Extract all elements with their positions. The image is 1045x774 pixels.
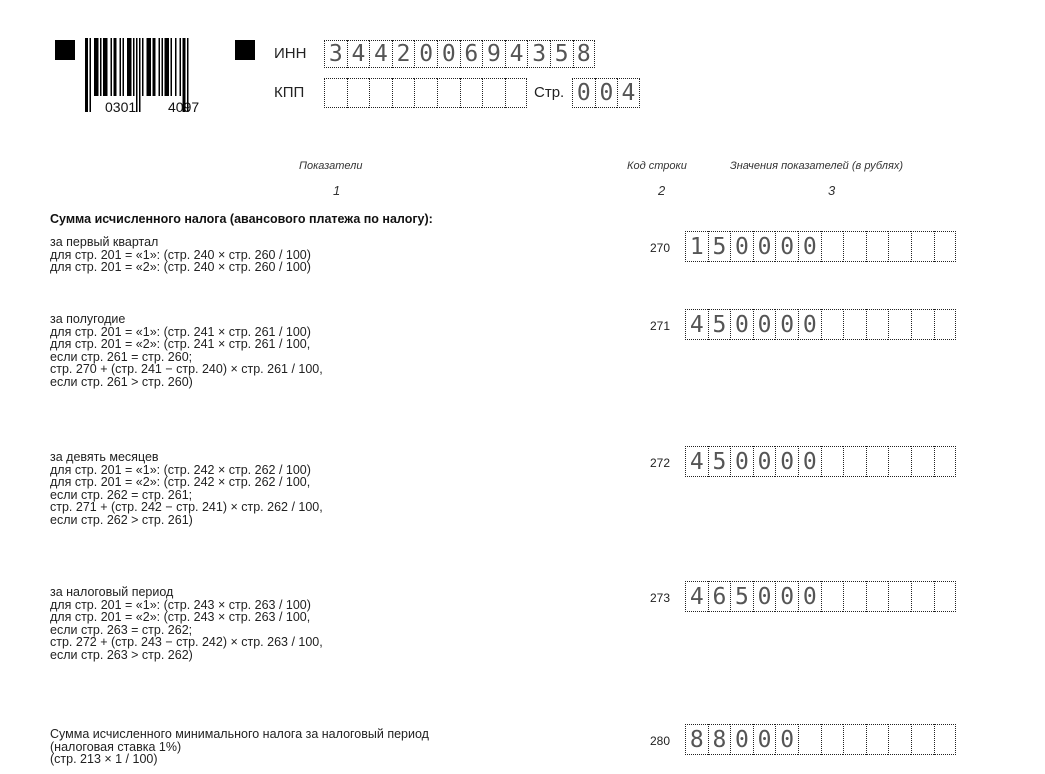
page-cell[interactable]: 0 bbox=[572, 78, 595, 108]
column-number-2: 2 bbox=[658, 183, 665, 198]
value-cell[interactable]: 0 bbox=[730, 231, 753, 262]
value-cell[interactable]: 5 bbox=[708, 446, 731, 477]
inn-cell[interactable]: 8 bbox=[573, 40, 596, 68]
kpp-cell[interactable] bbox=[369, 78, 392, 108]
value-cell[interactable] bbox=[888, 231, 911, 262]
kpp-cell[interactable] bbox=[414, 78, 437, 108]
column-number-1: 1 bbox=[333, 183, 340, 198]
kpp-cell[interactable] bbox=[324, 78, 347, 108]
value-field-270[interactable]: 150000 bbox=[685, 231, 956, 262]
value-cell[interactable]: 0 bbox=[775, 231, 798, 262]
kpp-field[interactable] bbox=[324, 78, 527, 108]
value-cell[interactable] bbox=[798, 724, 821, 755]
value-cell[interactable] bbox=[911, 446, 934, 477]
value-cell[interactable]: 1 bbox=[685, 231, 708, 262]
value-cell[interactable]: 0 bbox=[798, 446, 821, 477]
value-cell[interactable]: 6 bbox=[708, 581, 731, 612]
inn-cell[interactable]: 4 bbox=[505, 40, 528, 68]
value-cell[interactable]: 4 bbox=[685, 309, 708, 340]
value-cell[interactable] bbox=[843, 581, 866, 612]
inn-cell[interactable]: 4 bbox=[347, 40, 370, 68]
column-header-values: Значения показателей (в рублях) bbox=[730, 160, 903, 172]
value-cell[interactable] bbox=[821, 309, 844, 340]
value-field-273[interactable]: 465000 bbox=[685, 581, 956, 612]
barcode-left-number: 0301 bbox=[105, 99, 136, 115]
inn-cell[interactable]: 2 bbox=[392, 40, 415, 68]
kpp-cell[interactable] bbox=[392, 78, 415, 108]
value-cell[interactable] bbox=[843, 446, 866, 477]
inn-label: ИНН bbox=[274, 45, 306, 62]
value-cell[interactable] bbox=[866, 309, 889, 340]
page-number-field[interactable]: 004 bbox=[572, 78, 640, 108]
section-title: Сумма исчисленного налога (авансового пл… bbox=[50, 212, 433, 226]
kpp-cell[interactable] bbox=[347, 78, 370, 108]
line-code: 280 bbox=[650, 734, 670, 748]
value-cell[interactable] bbox=[911, 231, 934, 262]
value-cell[interactable]: 0 bbox=[775, 446, 798, 477]
value-cell[interactable]: 5 bbox=[708, 309, 731, 340]
value-cell[interactable]: 4 bbox=[685, 446, 708, 477]
page-cell[interactable]: 0 bbox=[595, 78, 618, 108]
inn-cell[interactable]: 0 bbox=[414, 40, 437, 68]
value-field-272[interactable]: 450000 bbox=[685, 446, 956, 477]
value-cell[interactable]: 8 bbox=[685, 724, 708, 755]
inn-cell[interactable]: 5 bbox=[550, 40, 573, 68]
value-cell[interactable] bbox=[843, 231, 866, 262]
value-cell[interactable] bbox=[888, 581, 911, 612]
value-cell[interactable] bbox=[843, 724, 866, 755]
indicator-description: за полугодие для стр. 201 = «1»: (стр. 2… bbox=[50, 313, 323, 389]
value-cell[interactable] bbox=[866, 581, 889, 612]
value-cell[interactable]: 0 bbox=[798, 231, 821, 262]
value-cell[interactable]: 0 bbox=[775, 581, 798, 612]
indicator-description: Сумма исчисленного минимального налога з… bbox=[50, 728, 429, 766]
value-cell[interactable] bbox=[934, 309, 957, 340]
value-cell[interactable] bbox=[934, 724, 957, 755]
inn-cell[interactable]: 9 bbox=[482, 40, 505, 68]
registration-marker-right bbox=[235, 40, 255, 60]
inn-cell[interactable]: 4 bbox=[369, 40, 392, 68]
registration-marker-left bbox=[55, 40, 75, 60]
value-cell[interactable]: 5 bbox=[708, 231, 731, 262]
value-cell[interactable]: 0 bbox=[753, 446, 776, 477]
line-code: 273 bbox=[650, 591, 670, 605]
kpp-cell[interactable] bbox=[460, 78, 483, 108]
line-code: 270 bbox=[650, 241, 670, 255]
value-field-271[interactable]: 450000 bbox=[685, 309, 956, 340]
value-cell[interactable] bbox=[888, 309, 911, 340]
line-code: 271 bbox=[650, 319, 670, 333]
value-cell[interactable]: 4 bbox=[685, 581, 708, 612]
value-cell[interactable]: 5 bbox=[730, 581, 753, 612]
value-cell[interactable]: 0 bbox=[798, 581, 821, 612]
value-cell[interactable] bbox=[934, 581, 957, 612]
value-cell[interactable] bbox=[888, 724, 911, 755]
value-cell[interactable] bbox=[821, 724, 844, 755]
value-cell[interactable]: 0 bbox=[753, 309, 776, 340]
indicator-description: за девять месяцев для стр. 201 = «1»: (с… bbox=[50, 451, 323, 527]
value-cell[interactable] bbox=[934, 446, 957, 477]
value-cell[interactable]: 0 bbox=[730, 446, 753, 477]
value-cell[interactable] bbox=[866, 724, 889, 755]
value-cell[interactable] bbox=[821, 231, 844, 262]
value-cell[interactable] bbox=[843, 309, 866, 340]
value-cell[interactable] bbox=[866, 231, 889, 262]
value-cell[interactable] bbox=[888, 446, 911, 477]
value-cell[interactable] bbox=[911, 309, 934, 340]
inn-cell[interactable]: 3 bbox=[527, 40, 550, 68]
column-header-line-code: Код строки bbox=[627, 160, 687, 172]
inn-cell[interactable]: 6 bbox=[460, 40, 483, 68]
value-cell[interactable]: 0 bbox=[753, 581, 776, 612]
value-cell[interactable] bbox=[934, 231, 957, 262]
column-number-3: 3 bbox=[828, 183, 835, 198]
kpp-label: КПП bbox=[274, 84, 304, 101]
value-field-280[interactable]: 88000 bbox=[685, 724, 956, 755]
inn-field[interactable]: 344200694358 bbox=[324, 40, 595, 68]
line-code: 272 bbox=[650, 456, 670, 470]
value-cell[interactable]: 0 bbox=[753, 231, 776, 262]
inn-cell[interactable]: 0 bbox=[437, 40, 460, 68]
value-cell[interactable] bbox=[821, 446, 844, 477]
value-cell[interactable] bbox=[911, 724, 934, 755]
page-label: Стр. bbox=[534, 84, 564, 101]
kpp-cell[interactable] bbox=[482, 78, 505, 108]
value-cell[interactable]: 0 bbox=[775, 724, 798, 755]
value-cell[interactable] bbox=[821, 581, 844, 612]
indicator-description: за первый квартал для стр. 201 = «1»: (с… bbox=[50, 236, 311, 274]
value-cell[interactable] bbox=[911, 581, 934, 612]
kpp-cell[interactable] bbox=[437, 78, 460, 108]
page-cell[interactable]: 4 bbox=[617, 78, 640, 108]
value-cell[interactable]: 0 bbox=[730, 724, 753, 755]
inn-cell[interactable]: 3 bbox=[324, 40, 347, 68]
value-cell[interactable]: 0 bbox=[753, 724, 776, 755]
value-cell[interactable]: 8 bbox=[708, 724, 731, 755]
indicator-description: за налоговый период для стр. 201 = «1»: … bbox=[50, 586, 323, 662]
column-header-indicators: Показатели bbox=[299, 160, 363, 172]
value-cell[interactable]: 0 bbox=[775, 309, 798, 340]
value-cell[interactable]: 0 bbox=[730, 309, 753, 340]
kpp-cell[interactable] bbox=[505, 78, 528, 108]
value-cell[interactable]: 0 bbox=[798, 309, 821, 340]
value-cell[interactable] bbox=[866, 446, 889, 477]
barcode-right-number: 4097 bbox=[168, 99, 199, 115]
